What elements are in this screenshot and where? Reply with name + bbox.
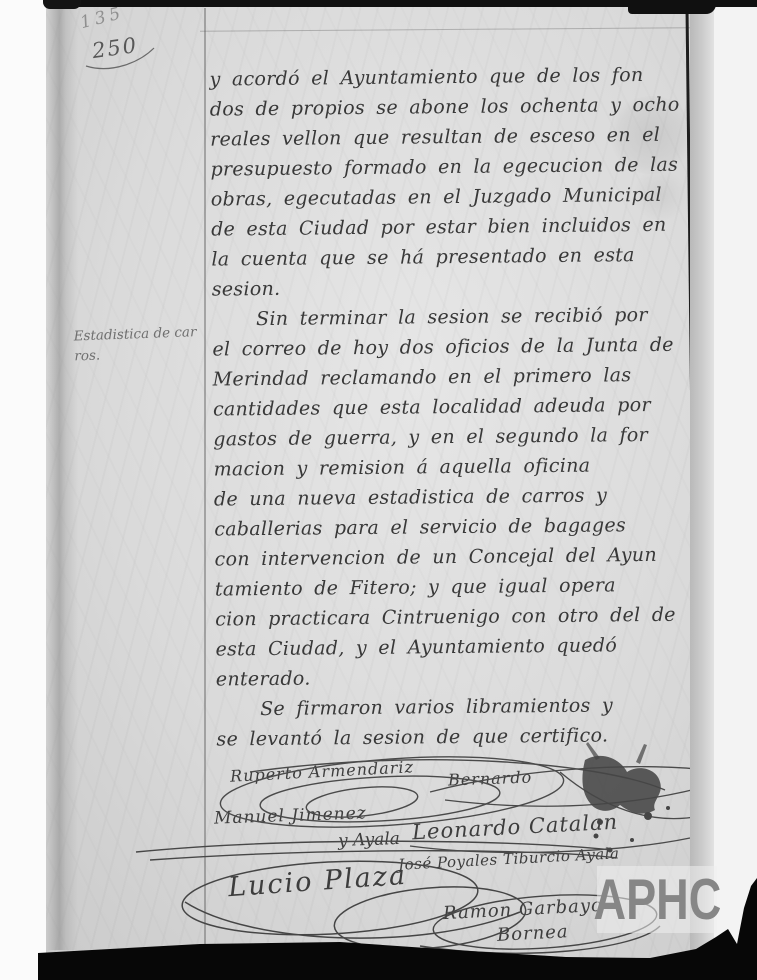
manuscript-line: se levantó la sesion de que certifico.	[216, 719, 703, 754]
manuscript-line: con intervencion de un Concejal del Ayun	[214, 539, 701, 574]
signature-bornea: Bornea	[496, 921, 569, 946]
scan-top-right-corner	[628, 0, 716, 14]
scanner-left-margin	[0, 0, 46, 980]
watermark-text: APHC	[593, 866, 721, 932]
manuscript-line: gastos de guerra, y en el segundo la for	[213, 419, 700, 454]
scanner-right-margin	[714, 0, 757, 980]
scan-top-left-mark	[43, 0, 81, 9]
manuscript-line: cion practicara Cintruenigo con otro del…	[215, 599, 702, 634]
manuscript-body: y acordó el Ayuntamiento que de los fond…	[209, 59, 703, 754]
margin-note: Estadistica de car ros.	[73, 322, 214, 367]
adjacent-page-edge	[690, 0, 714, 980]
signature-y-ayala: y Ayala	[338, 829, 401, 851]
manuscript-line: la cuenta que se há presentado en esta	[211, 239, 698, 274]
manuscript-scan: 135 250 Estadistica de car ros. y acordó…	[0, 0, 757, 980]
archive-watermark: APHC	[597, 866, 717, 933]
signature-bernardo: Bernardo	[448, 768, 533, 790]
page-fold-shadow	[46, 4, 78, 950]
margin-rule-line	[204, 8, 206, 946]
